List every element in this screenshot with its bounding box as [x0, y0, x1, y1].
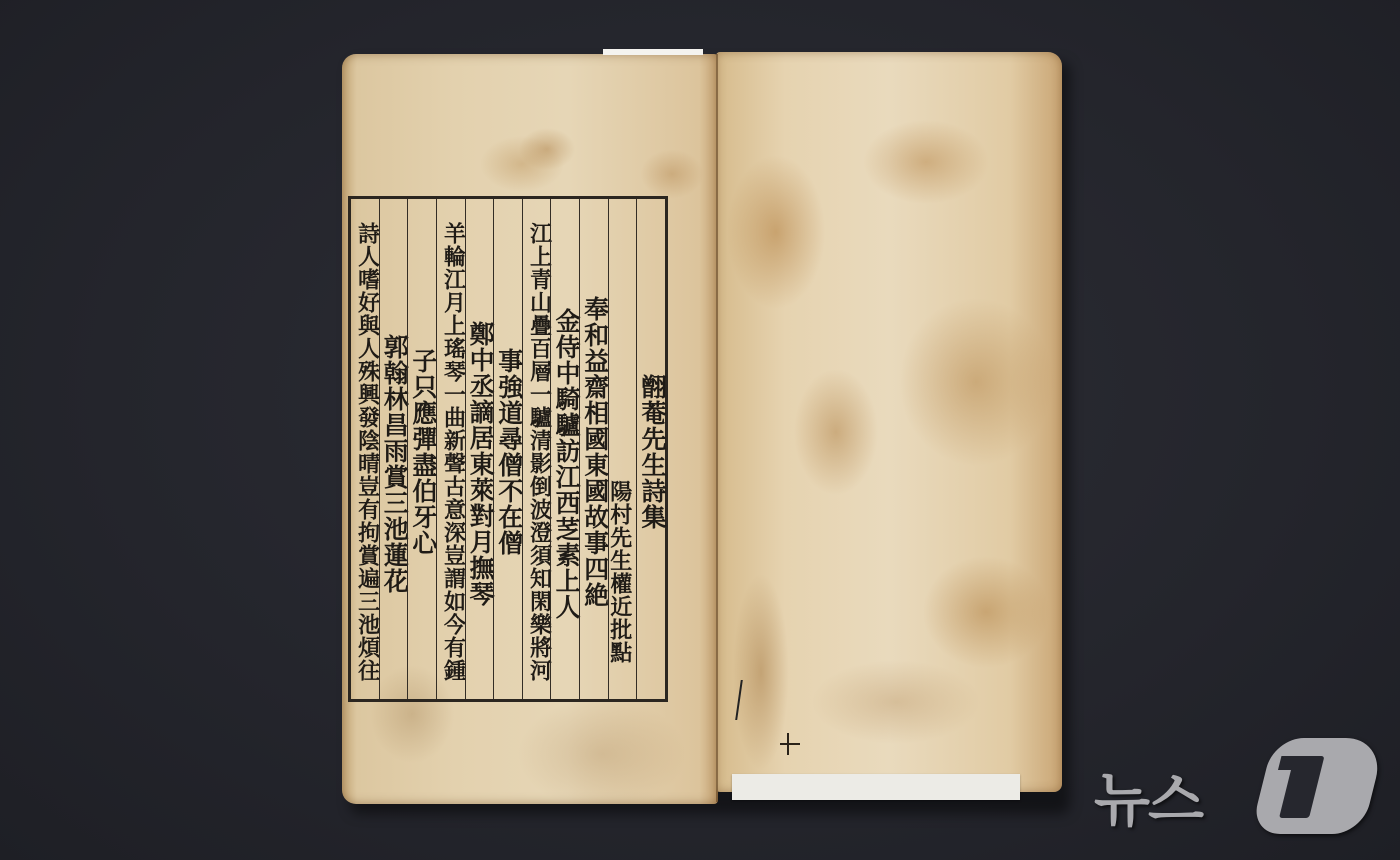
text-column: 奉和益齋相國東國故事四絶: [579, 199, 608, 699]
verse: 子只應彈盡伯牙心: [411, 348, 436, 556]
title-column: 䎖菴先生詩集: [636, 199, 665, 699]
verse: 詩人嗜好與人殊興發陰晴豈有拘賞遍三池煩往: [357, 222, 379, 682]
poem-subtitle: 金侍中騎驢訪江西䒦素上人: [554, 308, 579, 620]
top-paper-tape: [603, 49, 703, 55]
numeral-one-flag: [1278, 756, 1301, 770]
text-column: 子只應彈盡伯牙心: [407, 199, 436, 699]
text-column: 江上青山疊百層一驢清影倒波澄須知閑樂將河: [522, 199, 551, 699]
verse: 羊輪江月上瑤琴一曲新聲古意深豈謂如今有鍾: [443, 222, 465, 682]
watermark-text: 뉴스: [1094, 753, 1202, 837]
bottom-paper-tape: [732, 774, 1020, 800]
text-column: 金侍中騎驢訪江西䒦素上人: [550, 199, 579, 699]
printed-text-block: 䎖菴先生詩集 陽村先生權近批點 奉和益齋相國東國故事四絶 金侍中騎驢訪江西䒦素上…: [348, 196, 668, 702]
page-fold: [716, 54, 718, 802]
text-column: 羊輪江月上瑤琴一曲新聲古意深豈謂如今有鍾: [436, 199, 465, 699]
text-column: 鄭中丞謫居東萊對月撫琴: [465, 199, 494, 699]
news1-watermark: 뉴스: [1094, 733, 1384, 838]
poem-title: 奉和益齋相國東國故事四絶: [583, 296, 608, 608]
attribution-column: 陽村先生權近批點: [608, 199, 637, 699]
attribution: 陽村先生權近批點: [609, 480, 631, 664]
text-column: 事強道尋僧不在僧: [493, 199, 522, 699]
text-column: 郭翰林昌雨賞三池蓮花: [379, 199, 408, 699]
poem-subtitle: 鄭中丞謫居東萊對月撫琴: [468, 321, 493, 607]
text-column: 詩人嗜好與人殊興發陰晴豈有拘賞遍三池煩往: [351, 199, 379, 699]
ink-mark: [780, 743, 800, 745]
news1-logo-icon: [1250, 738, 1386, 834]
photo: 䎖菴先生詩集 陽村先生權近批點 奉和益齋相國東國故事四絶 金侍中騎驢訪江西䒦素上…: [0, 0, 1400, 860]
right-page-stained: [716, 52, 1062, 792]
verse: 事強道尋僧不在僧: [497, 348, 522, 556]
book-title: 䎖菴先生詩集: [640, 374, 665, 530]
verse: 江上青山疊百層一驢清影倒波澄須知閑樂將河: [528, 222, 550, 682]
ink-mark: [787, 733, 789, 755]
poem-subtitle: 郭翰林昌雨賞三池蓮花: [382, 334, 407, 594]
